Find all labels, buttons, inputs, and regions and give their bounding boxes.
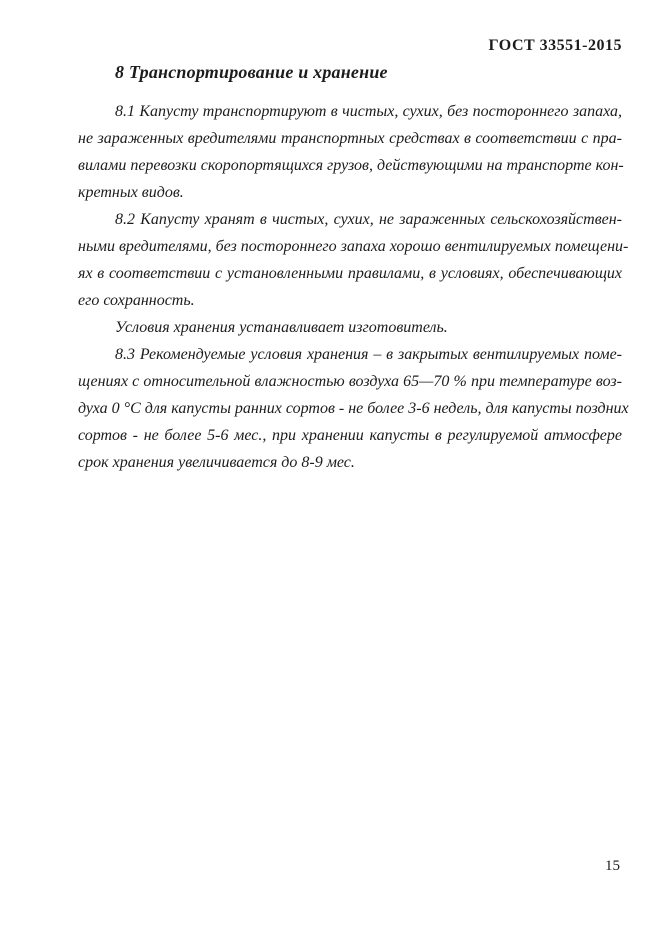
text-line: 8.1 Капусту транспортируют в чистых, сух…: [78, 98, 622, 125]
text-line: 8.2 Капусту хранят в чистых, сухих, не з…: [78, 206, 622, 233]
text-line: не зараженных вредителями транспортных с…: [78, 125, 622, 152]
text-line: духа 0 °С для капусты ранних сортов - не…: [78, 395, 622, 422]
text-line: ными вредителями, без постороннего запах…: [78, 233, 622, 260]
paragraph-8-2: 8.2 Капусту хранят в чистых, сухих, не з…: [78, 206, 622, 314]
text-line: срок хранения увеличивается до 8-9 мес.: [78, 449, 622, 476]
paragraph-8-3: 8.3 Рекомендуемые условия хранения – в з…: [78, 341, 622, 476]
paragraph-storage-conditions: Условия хранения устанавливает изготовит…: [78, 314, 622, 341]
text-line: его сохранность.: [78, 287, 622, 314]
section-heading: 8 Транспортирование и хранение: [115, 62, 388, 83]
text-line: 8.3 Рекомендуемые условия хранения – в з…: [78, 341, 622, 368]
text-line: Условия хранения устанавливает изготовит…: [78, 314, 622, 341]
text-line: ях в соответствии с установленными прави…: [78, 260, 622, 287]
document-code-header: ГОСТ 33551-2015: [489, 37, 622, 55]
document-body: 8.1 Капусту транспортируют в чистых, сух…: [78, 98, 622, 476]
paragraph-8-1: 8.1 Капусту транспортируют в чистых, сух…: [78, 98, 622, 206]
document-page: ГОСТ 33551-2015 8 Транспортирование и хр…: [0, 0, 661, 935]
text-line: сортов - не более 5-6 мес., при хранении…: [78, 422, 622, 449]
text-line: кретных видов.: [78, 179, 622, 206]
text-line: щениях с относительной влажностью воздух…: [78, 368, 622, 395]
page-number: 15: [605, 858, 620, 875]
text-line: вилами перевозки скоропортящихся грузов,…: [78, 152, 622, 179]
